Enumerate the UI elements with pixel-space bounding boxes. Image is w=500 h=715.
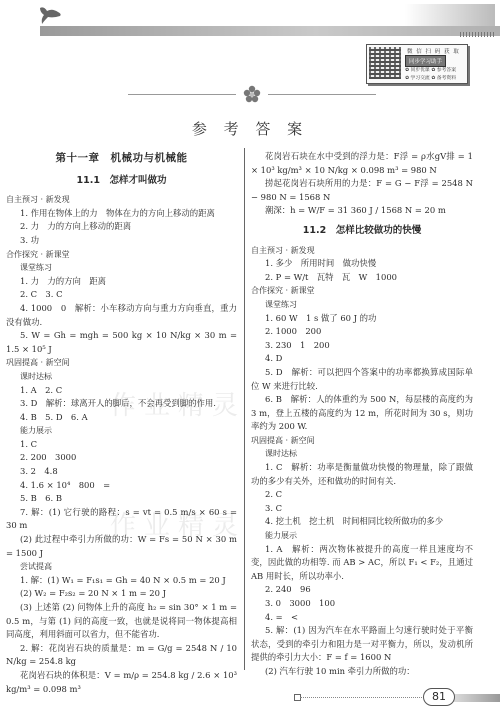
answer-line: 7. 解：(1) 它行驶的路程：s = vt = 0.5 m/s × 60 s …: [6, 506, 237, 533]
answer-line: 2. 240 96: [251, 583, 473, 597]
qr-feature-2: ✿ 学习交流 ✿ 备考资料: [405, 74, 456, 81]
subsection-heading: 能力展示: [6, 424, 237, 438]
answer-line: 5. 解：(1) 因为汽车在水平路面上匀速行驶时处于平衡状态，受到的牵引力和阻力…: [251, 624, 473, 665]
section-heading: 合作探究 · 新课堂: [251, 284, 473, 298]
footer-bar: [452, 694, 500, 702]
section-heading: 自主预习 · 新发现: [251, 244, 473, 258]
footer-dotted-line: [300, 697, 422, 698]
answer-line: 3. C: [251, 502, 473, 516]
left-column: 第十一章 机械功与机械能 11.1 怎样才叫做功 自主预习 · 新发现1. 作用…: [6, 150, 237, 696]
section-heading: 巩固提高 · 新空间: [6, 356, 237, 370]
chapter-title: 第十一章 机械功与机械能: [6, 152, 237, 166]
answer-line: 1. 解：(1) W₁ = F₁s₁ = Gh = 40 N × 0.5 m =…: [6, 574, 237, 588]
subsection-heading: 课时达标: [6, 370, 237, 384]
title-divider-right: [268, 94, 376, 95]
answer-line: 1. 60 W 1 s 做了 60 J 的功: [251, 312, 473, 326]
subsection-heading: 能力展示: [251, 529, 473, 543]
answer-line: 潮深：h = W/F = 31 360 J / 1568 N = 20 m: [251, 204, 473, 218]
header-bar: [40, 26, 500, 36]
flower-ornament-icon: [243, 85, 261, 103]
qr-feature-1: ✿ 同步优课 ✿ 参考答案: [405, 66, 456, 73]
answer-line: 3. D 解析：球离开人的脚后，不会再受到脚的作用.: [6, 397, 237, 411]
right-answers: 自主预习 · 新发现1. 多少 所用时间 做功快慢2. P = W/t 瓦特 瓦…: [251, 244, 473, 679]
answer-line: 5. W = Gh = mgh = 500 kg × 10 N/kg × 30 …: [6, 329, 237, 356]
answer-line: 2. 力 力的方向上移动的距离: [6, 220, 237, 234]
title-divider-left: [128, 94, 236, 95]
right-column: 花岗岩石块在水中受到的浮力是：F浮 = ρ水gV排 = 1 × 10³ kg/m…: [251, 150, 473, 679]
section-heading: 合作探究 · 新课堂: [6, 248, 237, 262]
section-heading: 巩固提高 · 新空间: [251, 434, 473, 448]
answer-line: (2) 此过程中牵引力所做的功：W = Fs = 50 N × 30 m = 1…: [6, 533, 237, 560]
bird-logo-icon: [38, 6, 64, 26]
qr-caption: 微 信 扫 码 获 取: [407, 47, 460, 55]
answer-line: (2) W₂ = F₂s₂ = 20 N × 1 m = 20 J: [6, 587, 237, 601]
answer-line: 3. 0 3000 100: [251, 597, 473, 611]
answer-line: 1. C: [6, 438, 237, 452]
left-answers: 自主预习 · 新发现1. 作用在物体上的力 物体在力的方向上移动的距离2. 力 …: [6, 193, 237, 696]
answer-line: 4. 1000 0 解析：小车移动方向与重力方向垂直，重力没有做功.: [6, 302, 237, 329]
answer-line: 2. P = W/t 瓦特 瓦 W 1000: [251, 271, 473, 285]
answer-line: 3. 功: [6, 234, 237, 248]
right-continued-answers: 花岗岩石块在水中受到的浮力是：F浮 = ρ水gV排 = 1 × 10³ kg/m…: [251, 150, 473, 218]
subsection-heading: 课堂练习: [251, 298, 473, 312]
header-ticks: [460, 32, 495, 37]
answer-line: 4. D: [251, 352, 473, 366]
qr-code-icon[interactable]: [369, 47, 401, 79]
answer-line: 1. A 2. C: [6, 384, 237, 398]
answer-line: 1. C 解析：功率是衡量做功快慢的物理量，除了跟做功的多少有关外，还和做功的时…: [251, 461, 473, 488]
answer-line: 4. 1.6 × 10⁴ 800 =: [6, 479, 237, 493]
answer-line: 1. 多少 所用时间 做功快慢: [251, 257, 473, 271]
answer-line: 2. 解：花岗岩石块的质量是：m = G/g = 2548 N / 10 N/k…: [6, 642, 237, 669]
answer-line: 捞起花岗岩石块所用的力是：F = G − F浮 = 2548 N − 980 N…: [251, 177, 473, 204]
subsection-heading: 课时达标: [251, 447, 473, 461]
answer-line: 2. 1000 200: [251, 325, 473, 339]
answer-line: (2) 汽车行驶 10 min 牵引力所做的功：: [251, 665, 473, 679]
answer-line: 4. B 5. D 6. A: [6, 411, 237, 425]
column-divider: [244, 148, 245, 670]
answer-line: 2. 200 3000: [6, 451, 237, 465]
answer-line: 3. 2 4.8: [6, 465, 237, 479]
page-number: 81: [423, 688, 455, 706]
page-title: 参 考 答 案: [0, 118, 500, 139]
answer-line: 5. D 解析：可以把四个答案中的功率都换算成国际单位 W 来进行比较.: [251, 366, 473, 393]
section-title: 11.2 怎样比较做功的快慢: [251, 224, 473, 238]
subsection-heading: 尝试提高: [6, 560, 237, 574]
answer-line: 1. A 解析：两次物体被提升的高度一样且速度均不变，因此做的功相等. 而 AB…: [251, 543, 473, 584]
header-corner-shade: [405, 4, 495, 28]
answer-line: 1. 力 力的方向 距离: [6, 275, 237, 289]
section-title: 11.1 怎样才叫做功: [6, 174, 237, 188]
answer-line: 花岗岩石块在水中受到的浮力是：F浮 = ρ水gV排 = 1 × 10³ kg/m…: [251, 150, 473, 177]
answer-line: 5. B 6. B: [6, 492, 237, 506]
section-heading: 自主预习 · 新发现: [6, 193, 237, 207]
answer-line: 6. B 解析：人的体重约为 500 N，每层楼的高度约为 3 m，登上五楼的高…: [251, 393, 473, 434]
qr-promo-box[interactable]: 微 信 扫 码 获 取 同步学习助手 ✿ 同步优课 ✿ 参考答案 ✿ 学习交流 …: [366, 44, 468, 84]
answer-line: (3) 上述第 (2) 问物体上升的高度 h₂ = sin 30° × 1 m …: [6, 601, 237, 642]
answer-line: 2. C: [251, 488, 473, 502]
subsection-heading: 课堂练习: [6, 261, 237, 275]
answer-line: 4. = <: [251, 611, 473, 625]
answer-line: 花岗岩石块的体积是：V = m/ρ = 254.8 kg / 2.6 × 10³…: [6, 669, 237, 696]
answer-line: 3. 230 1 200: [251, 339, 473, 353]
answer-line: 2. C 3. C: [6, 288, 237, 302]
answer-line: 1. 作用在物体上的力 物体在力的方向上移动的距离: [6, 207, 237, 221]
answer-line: 4. 挖土机 挖土机 时间相同比较所做功的多少: [251, 515, 473, 529]
